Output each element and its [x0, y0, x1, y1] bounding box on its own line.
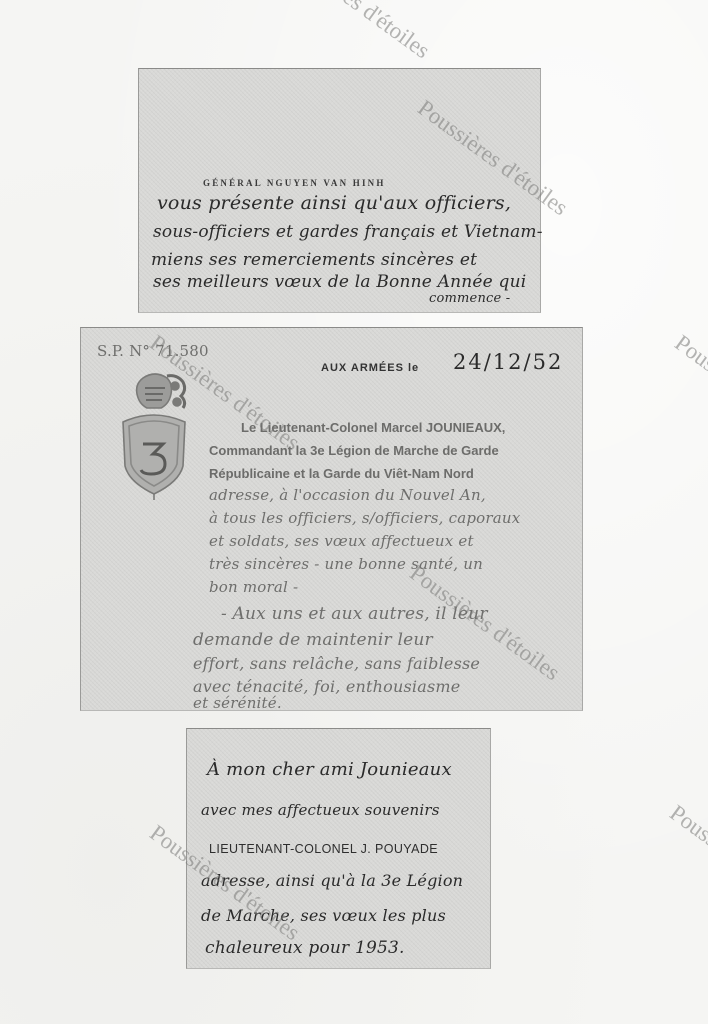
greeting-card-general-nguyen-van-hinh: GÉNÉRAL NGUYEN VAN HINH vous présente ai…	[138, 68, 541, 313]
handwritten-dedication-line: avec mes affectueux souvenirs	[201, 801, 440, 819]
handwritten-line: - Aux uns et aux autres, il leur	[221, 604, 488, 624]
handwritten-line: demande de maintenir leur	[193, 630, 433, 650]
greeting-card-lt-col-pouyade: À mon cher ami Jounieaux avec mes affect…	[186, 728, 491, 969]
handwritten-line: adresse, ainsi qu'à la 3e Légion	[201, 871, 463, 890]
handwritten-line: effort, sans relâche, sans faiblesse	[193, 654, 480, 673]
printed-sender-line: Le Lieutenant-Colonel Marcel JOUNIEAUX,	[241, 420, 505, 435]
postal-sector-reference: S.P. N° 71.580	[97, 342, 209, 360]
printed-name: LIEUTENANT-COLONEL J. POUYADE	[209, 842, 438, 856]
handwritten-line: bon moral -	[209, 578, 298, 596]
handwritten-line: et sérénité.	[193, 694, 282, 712]
printed-name: GÉNÉRAL NGUYEN VAN HINH	[203, 178, 386, 188]
printed-sender-line: Commandant la 3e Légion de Marche de Gar…	[209, 443, 499, 458]
handwritten-line: miens ses remerciements sincères et	[151, 250, 477, 270]
handwritten-line: de Marche, ses vœux les plus	[201, 906, 446, 925]
handwritten-line: adresse, à l'occasion du Nouvel An,	[209, 486, 486, 504]
handwritten-line: sous-officiers et gardes français et Vie…	[153, 222, 543, 242]
printed-sender-line: Républicaine et la Garde du Viêt-Nam Nor…	[209, 466, 474, 481]
handwritten-line: à tous les officiers, s/officiers, capor…	[209, 509, 520, 527]
place-label: AUX ARMÉES le	[321, 362, 419, 374]
handwritten-dedication-line: À mon cher ami Jounieaux	[207, 759, 452, 780]
handwritten-line: chaleureux pour 1953.	[205, 938, 405, 958]
handwritten-line: très sincères - une bonne santé, un	[209, 555, 483, 573]
letter-date: 24/12/52	[453, 350, 563, 374]
handwritten-line: commence -	[429, 291, 510, 306]
gendarmerie-crest-icon	[115, 370, 193, 500]
handwritten-line: et soldats, ses vœux affectueux et	[209, 532, 474, 550]
handwritten-line: ses meilleurs vœux de la Bonne Année qui	[153, 272, 526, 292]
handwritten-line: vous présente ainsi qu'aux officiers,	[157, 192, 511, 214]
